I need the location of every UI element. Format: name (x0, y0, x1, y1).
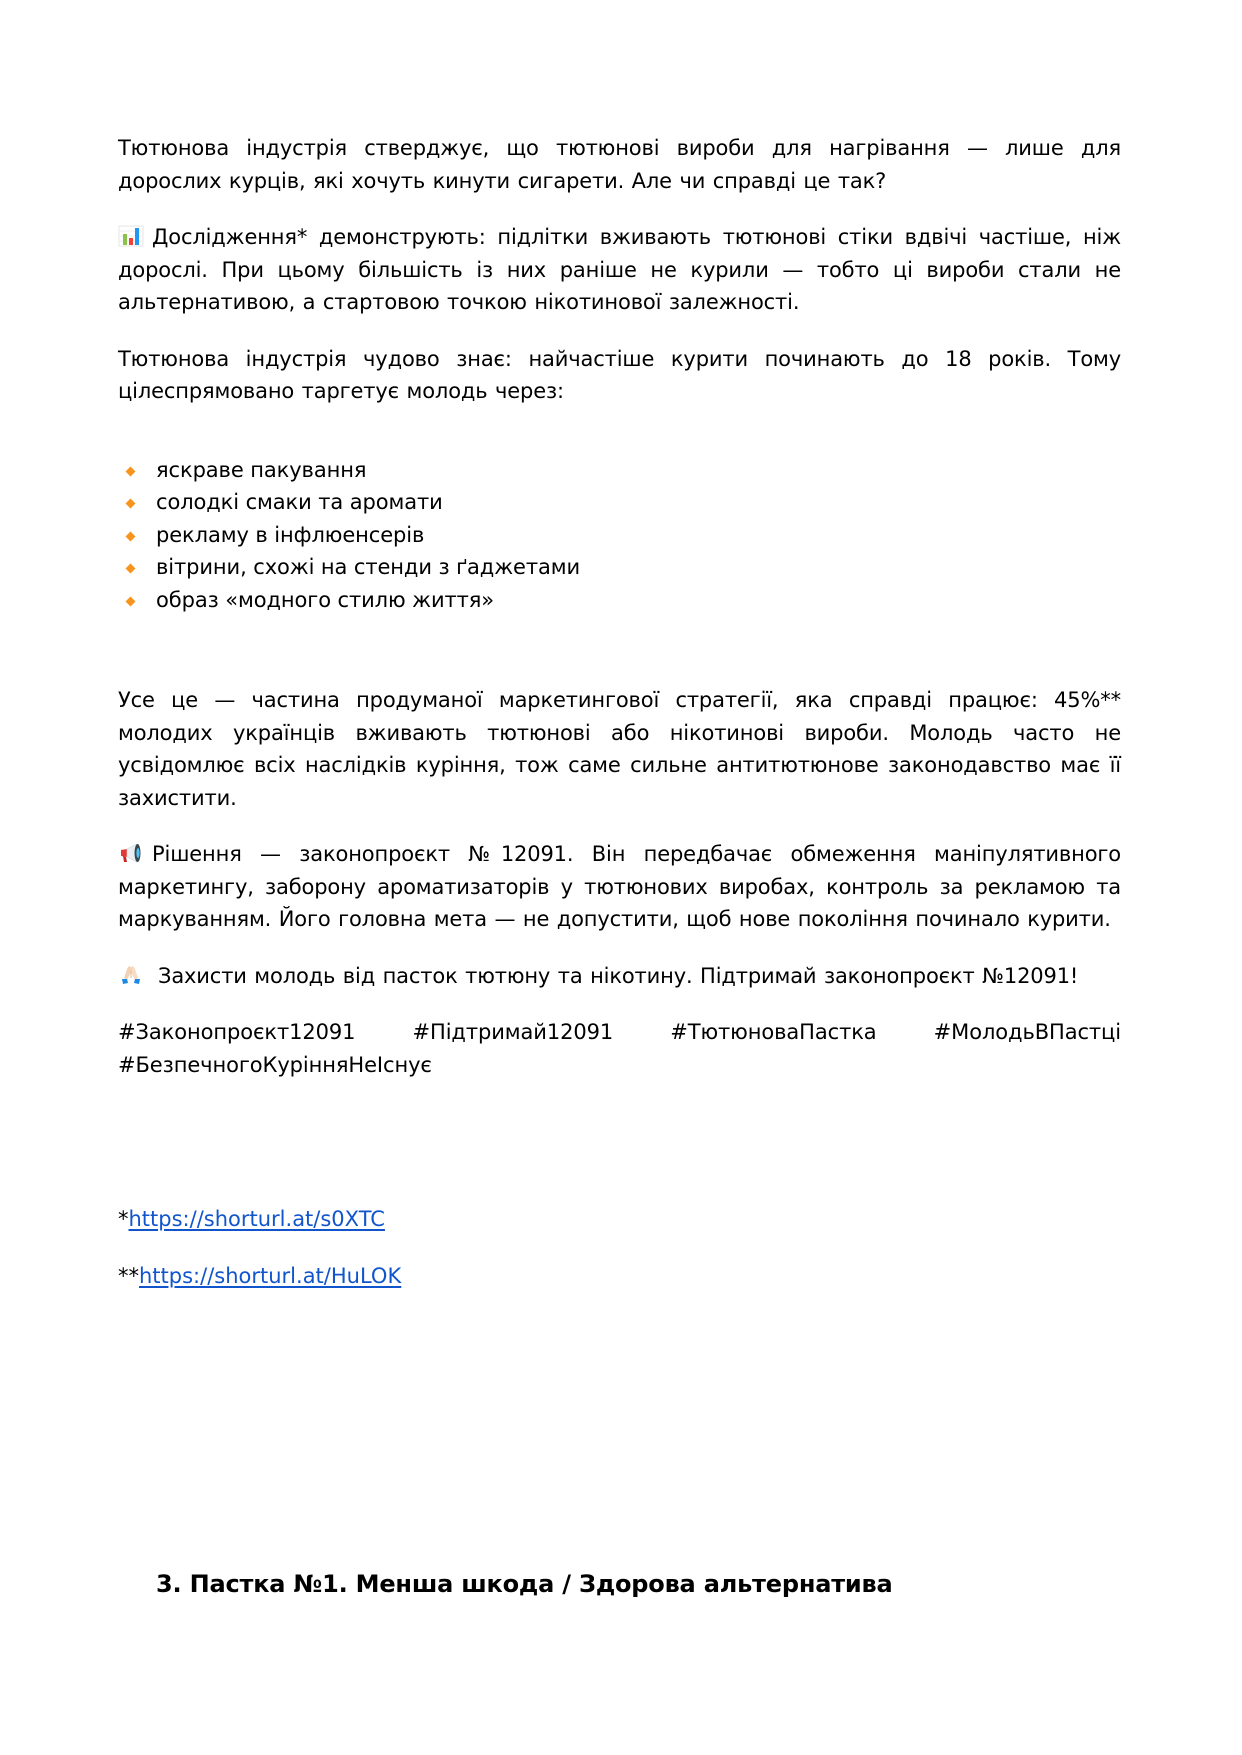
bullet-list: яскраве пакування солодкі смаки та арома… (118, 454, 1121, 617)
orange-diamond-icon (126, 499, 136, 509)
reference-marker: ** (118, 1264, 139, 1288)
reference-1: *https://shorturl.at/s0XTC (118, 1203, 401, 1235)
list-item: вітрини, схожі на стенди з ґаджетами (126, 551, 1121, 584)
paragraph-solution: Рішення — законопроєкт №12091. Він перед… (118, 838, 1121, 936)
orange-diamond-icon (126, 531, 136, 541)
orange-diamond-icon (126, 564, 136, 574)
paragraph-call-text: Захисти молодь від пасток тютюну та ніко… (158, 964, 1078, 988)
bar-chart-icon (118, 225, 144, 247)
list-item-text: солодкі смаки та аромати (156, 490, 443, 514)
document-body: Тютюнова індустрія стверджує, що тютюнов… (118, 132, 1121, 1081)
orange-diamond-icon (126, 466, 136, 476)
reference-2: **https://shorturl.at/HuLOK (118, 1260, 401, 1292)
list-item: солодкі смаки та аромати (126, 486, 1121, 519)
references: *https://shorturl.at/s0XTC **https://sho… (118, 1203, 401, 1317)
hashtags: #Законопроєкт12091 #Підтримай12091 #Тютю… (118, 1016, 1121, 1081)
paragraph-targeting: Тютюнова індустрія чудово знає: найчасті… (118, 343, 1121, 408)
spacer (118, 616, 1121, 684)
reference-link-1[interactable]: https://shorturl.at/s0XTC (129, 1207, 385, 1231)
orange-diamond-icon (126, 596, 136, 606)
reference-marker: * (118, 1207, 129, 1231)
section-heading: 3. Пастка №1. Менша шкода / Здорова альт… (156, 1570, 893, 1598)
list-item-text: рекламу в інфлюенсерів (156, 523, 424, 547)
paragraph-strategy: Усе це — частина продуманої маркетингово… (118, 684, 1121, 814)
paragraph-intro: Тютюнова індустрія стверджує, що тютюнов… (118, 132, 1121, 197)
paragraph-research: Дослідження* демонструють: підлітки вжив… (118, 221, 1121, 319)
folded-hands-icon (118, 964, 144, 986)
paragraph-call: Захисти молодь від пасток тютюну та ніко… (118, 960, 1121, 993)
list-item-text: вітрини, схожі на стенди з ґаджетами (156, 555, 580, 579)
list-item: яскраве пакування (126, 454, 1121, 487)
reference-link-2[interactable]: https://shorturl.at/HuLOK (139, 1264, 401, 1288)
list-item: образ «модного стилю життя» (126, 584, 1121, 617)
megaphone-icon (118, 842, 144, 864)
list-item: рекламу в інфлюенсерів (126, 519, 1121, 552)
paragraph-solution-text: Рішення — законопроєкт №12091. Він перед… (118, 842, 1121, 931)
list-item-text: яскраве пакування (156, 458, 366, 482)
paragraph-research-text: Дослідження* демонструють: підлітки вжив… (118, 225, 1121, 314)
list-item-text: образ «модного стилю життя» (156, 588, 494, 612)
